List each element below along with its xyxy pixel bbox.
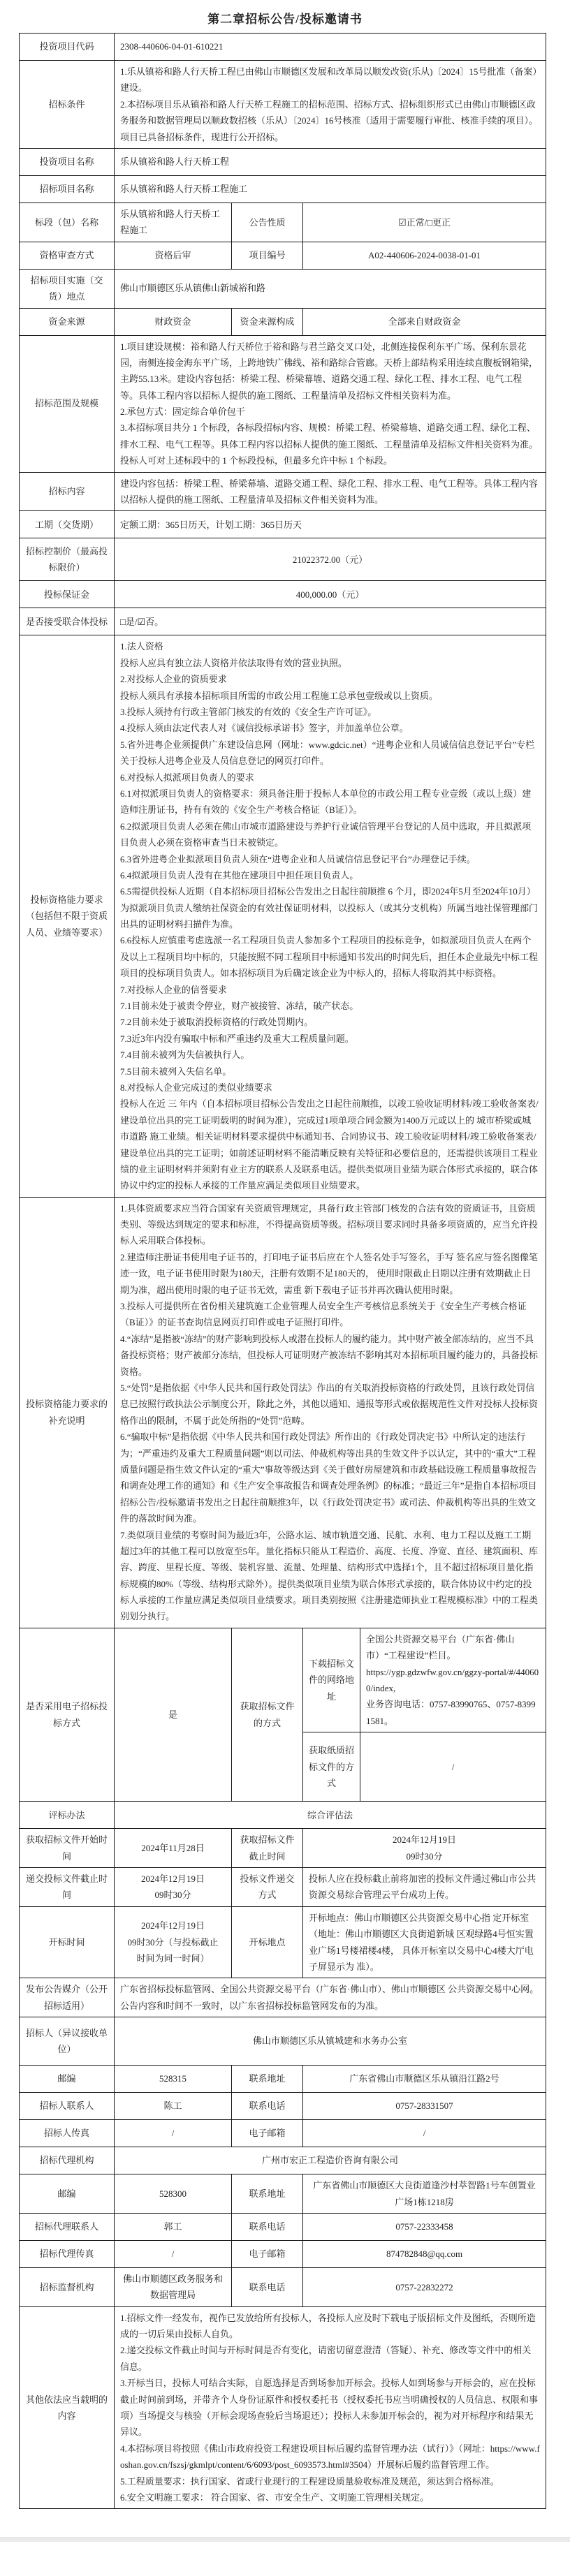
row-qualification-requirements: 投标资格能力要求（包括但不限于资质人员、业绩等要求） 1.法人资格 投标人应具有… bbox=[20, 635, 546, 1197]
row-media: 发布公告媒介（公开招标适用） 广东省招标投标监管网、全国公共资源交易平台（广东省… bbox=[20, 1978, 546, 2017]
doc-start-time-value: 2024年11月28日 bbox=[115, 1829, 232, 1868]
investment-name-value: 乐从镇裕和路人行天桥工程 bbox=[115, 148, 546, 175]
row-tender-name: 招标项目名称 乐从镇裕和路人行天桥工程施工 bbox=[20, 175, 546, 203]
location-value: 佛山市顺德区乐从镇佛山新城裕和路 bbox=[115, 269, 546, 308]
row-bid-opening: 开标时间 2024年12月19日 09时30分（与投标截止 时间为同一时间） 开… bbox=[20, 1906, 546, 1978]
tenderer-address-value: 广东省佛山市顺德区乐从镇沿江路2号 bbox=[303, 2066, 546, 2093]
row-tenderer-fax: 招标人传真 / 电子邮箱 / bbox=[20, 2120, 546, 2147]
doc-deadline-label: 获取招标文件截止时间 bbox=[232, 1829, 303, 1868]
agency-contact-value: 郭工 bbox=[115, 2213, 232, 2240]
bottom-page-edge bbox=[0, 2537, 570, 2542]
control-price-label: 招标控制价（最高投标限价） bbox=[20, 538, 115, 581]
qualification-requirements-value: 1.法人资格 投标人应具有独立法人资格并依法取得有效的营业执照。 2.对投标人企… bbox=[115, 635, 546, 1197]
row-agency-postcode: 邮编 528300 联系地址 广东省佛山市顺德区大良街道逢沙村萃智路1号车创置业… bbox=[20, 2174, 546, 2214]
tenderer-address-label: 联系地址 bbox=[232, 2066, 303, 2093]
row-agency: 招标代理机构 广州市宏正工程造价咨询有限公司 bbox=[20, 2147, 546, 2174]
bottom-white-strip bbox=[0, 2542, 570, 2547]
tenderer-contact-label: 招标人联系人 bbox=[20, 2093, 115, 2120]
row-tenderer-postcode: 邮编 528315 联系地址 广东省佛山市顺德区乐从镇沿江路2号 bbox=[20, 2066, 546, 2093]
supervision-phone-label: 联系电话 bbox=[232, 2267, 303, 2306]
bottom-gap bbox=[0, 2509, 570, 2537]
agency-label: 招标代理机构 bbox=[20, 2147, 115, 2174]
evaluation-value: 综合评估法 bbox=[115, 1802, 546, 1829]
page-title: 第二章招标公告/投标邀请书 bbox=[0, 0, 570, 33]
row-location: 招标项目实施（交货）地点 佛山市顺德区乐从镇佛山新城裕和路 bbox=[20, 269, 546, 308]
row-duration: 工期（交货期） 定额工期：365日历天，计划工期：365日历天 bbox=[20, 511, 546, 538]
other-notes-value: 1.招标文件一经发布，视作已发放给所有投标人，各投标人应及时下载电子版招标文件及… bbox=[115, 2306, 546, 2509]
submission-deadline-value: 2024年12月19日 09时30分 bbox=[115, 1867, 232, 1906]
tenderer-phone-label: 联系电话 bbox=[232, 2093, 303, 2120]
agency-address-label: 联系地址 bbox=[232, 2174, 303, 2214]
qualification-supplement-label: 投标资格能力要求的补充说明 bbox=[20, 1197, 115, 1628]
scope-label: 招标范围及规模 bbox=[20, 335, 115, 472]
tenderer-value: 佛山市顺德区乐从镇城建和水务办公室 bbox=[115, 2017, 546, 2066]
agency-phone-value: 0757-22333458 bbox=[303, 2213, 546, 2240]
project-number-value: A02-440606-2024-0038-01-01 bbox=[303, 242, 546, 269]
row-scope: 招标范围及规模 1.项目建设规模：裕和路人行天桥位于裕和路与君兰路交叉口处，北侧… bbox=[20, 335, 546, 472]
project-number-label: 项目编号 bbox=[232, 242, 303, 269]
agency-email-label: 电子邮箱 bbox=[232, 2240, 303, 2267]
row-bid-bond: 投标保证金 400,000.00（元） bbox=[20, 581, 546, 608]
scope-value: 1.项目建设规模：裕和路人行天桥位于裕和路与君兰路交叉口处，北侧连接保利东平广场… bbox=[115, 335, 546, 472]
row-qualification-review: 资格审查方式 资格后审 项目编号 A02-440606-2024-0038-01… bbox=[20, 242, 546, 269]
funding-label: 资金来源 bbox=[20, 308, 115, 335]
tender-name-value: 乐从镇裕和路人行天桥工程施工 bbox=[115, 175, 546, 203]
download-address-label: 下载招标文件的网络地址 bbox=[303, 1628, 360, 1732]
tender-name-label: 招标项目名称 bbox=[20, 175, 115, 203]
submission-method-label: 投标文件递交方式 bbox=[232, 1867, 303, 1906]
row-evaluation: 评标办法 综合评估法 bbox=[20, 1802, 546, 1829]
agency-fax-value: / bbox=[115, 2240, 232, 2267]
row-content: 招标内容 建设内容包括：桥梁工程、桥梁幕墙、道路交通工程、绿化工程、排水工程、电… bbox=[20, 472, 546, 511]
duration-label: 工期（交货期） bbox=[20, 511, 115, 538]
e-bidding-label: 是否采用电子招标投标方式 bbox=[20, 1628, 115, 1801]
tenderer-fax-value: / bbox=[115, 2120, 232, 2147]
row-investment-name: 投资项目名称 乐从镇裕和路人行天桥工程 bbox=[20, 148, 546, 175]
agency-postcode-value: 528300 bbox=[115, 2174, 232, 2214]
tenderer-postcode-value: 528315 bbox=[115, 2066, 232, 2093]
e-bidding-value: 是 bbox=[115, 1628, 232, 1801]
bid-opening-time-label: 开标时间 bbox=[20, 1906, 115, 1978]
bid-opening-place-value: 开标地点：佛山市顺德区公共资源交易中心指 定开标室（地址：佛山市顺德区大良街道新… bbox=[303, 1906, 546, 1978]
agency-postcode-label: 邮编 bbox=[20, 2174, 115, 2214]
project-code-value: 2308-440606-04-01-610221 bbox=[115, 34, 546, 61]
section-label: 标段（包）名称 bbox=[20, 203, 115, 242]
bid-opening-time-value: 2024年12月19日 09时30分（与投标截止 时间为同一时间） bbox=[115, 1906, 232, 1978]
doc-deadline-value: 2024年12月19日 09时30分 bbox=[303, 1829, 546, 1868]
qualification-review-label: 资格审查方式 bbox=[20, 242, 115, 269]
notice-nature-checkbox: ☑正常/□更正 bbox=[303, 203, 546, 242]
tenderer-email-label: 电子邮箱 bbox=[232, 2120, 303, 2147]
media-label: 发布公告媒介（公开招标适用） bbox=[20, 1978, 115, 2017]
row-tender-conditions: 招标条件 1.乐从镇裕和路人行天桥工程已由佛山市顺德区发展和改革局以顺发改资(乐… bbox=[20, 61, 546, 149]
tenderer-fax-label: 招标人传真 bbox=[20, 2120, 115, 2147]
tender-conditions-value: 1.乐从镇裕和路人行天桥工程已由佛山市顺德区发展和改革局以顺发改资(乐从)〔20… bbox=[115, 61, 546, 149]
agency-fax-label: 招标代理传真 bbox=[20, 2240, 115, 2267]
paper-doc-method-value: / bbox=[360, 1732, 546, 1802]
funding-composition-value: 全部来自财政资金 bbox=[303, 308, 546, 335]
agency-email-value: 874782848@qq.com bbox=[303, 2240, 546, 2267]
qualification-requirements-label: 投标资格能力要求（包括但不限于资质人员、业绩等要求） bbox=[20, 635, 115, 1197]
row-submission: 递交投标文件截止时间 2024年12月19日 09时30分 投标文件递交方式 投… bbox=[20, 1867, 546, 1906]
bid-bond-value: 400,000.00（元） bbox=[115, 581, 546, 608]
paper-doc-method-label: 获取纸质招标文件的方式 bbox=[303, 1732, 360, 1802]
bid-bond-label: 投标保证金 bbox=[20, 581, 115, 608]
investment-name-label: 投资项目名称 bbox=[20, 148, 115, 175]
agency-phone-label: 联系电话 bbox=[232, 2213, 303, 2240]
tender-conditions-label: 招标条件 bbox=[20, 61, 115, 149]
row-agency-fax: 招标代理传真 / 电子邮箱 874782848@qq.com bbox=[20, 2240, 546, 2267]
submission-deadline-label: 递交投标文件截止时间 bbox=[20, 1867, 115, 1906]
funding-composition-label: 资金来源构成 bbox=[232, 308, 303, 335]
row-control-price: 招标控制价（最高投标限价） 21022372.00（元） bbox=[20, 538, 546, 581]
funding-value: 财政资金 bbox=[115, 308, 232, 335]
row-e-bidding: 是否采用电子招标投标方式 是 获取招标文件的方式 下载招标文件的网络地址 全国公… bbox=[20, 1628, 546, 1732]
tenderer-email-value: / bbox=[303, 2120, 546, 2147]
joint-bid-label: 是否接受联合体投标 bbox=[20, 608, 115, 635]
supervision-value: 佛山市顺德区政务服务和数据管理局 bbox=[115, 2267, 232, 2306]
row-other-notes: 其他依法应当载明的内容 1.招标文件一经发布，视作已发放给所有投标人，各投标人应… bbox=[20, 2306, 546, 2509]
qualification-review-value: 资格后审 bbox=[115, 242, 232, 269]
other-notes-label: 其他依法应当载明的内容 bbox=[20, 2306, 115, 2509]
download-address-value: 全国公共资源交易平台（广东省·佛山市）“工程建设”栏目。 https://ygp… bbox=[360, 1628, 546, 1732]
tenderer-contact-value: 陈工 bbox=[115, 2093, 232, 2120]
section-value: 乐从镇裕和路人行天桥工程施工 bbox=[115, 203, 232, 242]
project-code-label: 投资项目代码 bbox=[20, 34, 115, 61]
agency-value: 广州市宏正工程造价咨询有限公司 bbox=[115, 2147, 546, 2174]
tender-announcement-table: 投资项目代码 2308-440606-04-01-610221 招标条件 1.乐… bbox=[19, 33, 546, 2509]
row-agency-contact: 招标代理联系人 郭工 联系电话 0757-22333458 bbox=[20, 2213, 546, 2240]
row-supervision: 招标监督机构 佛山市顺德区政务服务和数据管理局 联系电话 0757-228322… bbox=[20, 2267, 546, 2306]
tenderer-phone-value: 0757-28331507 bbox=[303, 2093, 546, 2120]
row-funding: 资金来源 财政资金 资金来源构成 全部来自财政资金 bbox=[20, 308, 546, 335]
bid-opening-place-label: 开标地点 bbox=[232, 1906, 303, 1978]
evaluation-label: 评标办法 bbox=[20, 1802, 115, 1829]
row-project-code: 投资项目代码 2308-440606-04-01-610221 bbox=[20, 34, 546, 61]
agency-address-value: 广东省佛山市顺德区大良街道逢沙村萃智路1号车创置业广场1栋1218房 bbox=[303, 2174, 546, 2214]
row-section: 标段（包）名称 乐从镇裕和路人行天桥工程施工 公告性质 ☑正常/□更正 bbox=[20, 203, 546, 242]
joint-bid-checkbox: □是/☑否。 bbox=[115, 608, 546, 635]
qualification-supplement-value: 1.具体资质要求应当符合国家有关资质管理规定，具备行政主管部门核发的合法有效的资… bbox=[115, 1197, 546, 1628]
row-doc-time: 获取招标文件开始时间 2024年11月28日 获取招标文件截止时间 2024年1… bbox=[20, 1829, 546, 1868]
row-tenderer-contact: 招标人联系人 陈工 联系电话 0757-28331507 bbox=[20, 2093, 546, 2120]
supervision-phone-value: 0757-22832272 bbox=[303, 2267, 546, 2306]
content-label: 招标内容 bbox=[20, 472, 115, 511]
row-qualification-supplement: 投标资格能力要求的补充说明 1.具体资质要求应当符合国家有关资质管理规定，具备行… bbox=[20, 1197, 546, 1628]
media-value: 广东省招标投标监管网、全国公共资源交易平台（广东省·佛山市）、佛山市顺德区 公共… bbox=[115, 1978, 546, 2017]
submission-method-value: 投标人应在投标截止前将加密的投标文件通过佛山市公共资源交易综合管理云平台成功上传… bbox=[303, 1867, 546, 1906]
doc-start-time-label: 获取招标文件开始时间 bbox=[20, 1829, 115, 1868]
agency-contact-label: 招标代理联系人 bbox=[20, 2213, 115, 2240]
duration-value: 定额工期：365日历天，计划工期：365日历天 bbox=[115, 511, 546, 538]
content-value: 建设内容包括：桥梁工程、桥梁幕墙、道路交通工程、绿化工程、排水工程、电气工程等。… bbox=[115, 472, 546, 511]
doc-obtain-method-label: 获取招标文件的方式 bbox=[232, 1628, 303, 1801]
notice-nature-label: 公告性质 bbox=[232, 203, 303, 242]
row-tenderer: 招标人（异议接收单位） 佛山市顺德区乐从镇城建和水务办公室 bbox=[20, 2017, 546, 2066]
control-price-value: 21022372.00（元） bbox=[115, 538, 546, 581]
tenderer-postcode-label: 邮编 bbox=[20, 2066, 115, 2093]
supervision-label: 招标监督机构 bbox=[20, 2267, 115, 2306]
tenderer-label: 招标人（异议接收单位） bbox=[20, 2017, 115, 2066]
row-joint-bid: 是否接受联合体投标 □是/☑否。 bbox=[20, 608, 546, 635]
location-label: 招标项目实施（交货）地点 bbox=[20, 269, 115, 308]
